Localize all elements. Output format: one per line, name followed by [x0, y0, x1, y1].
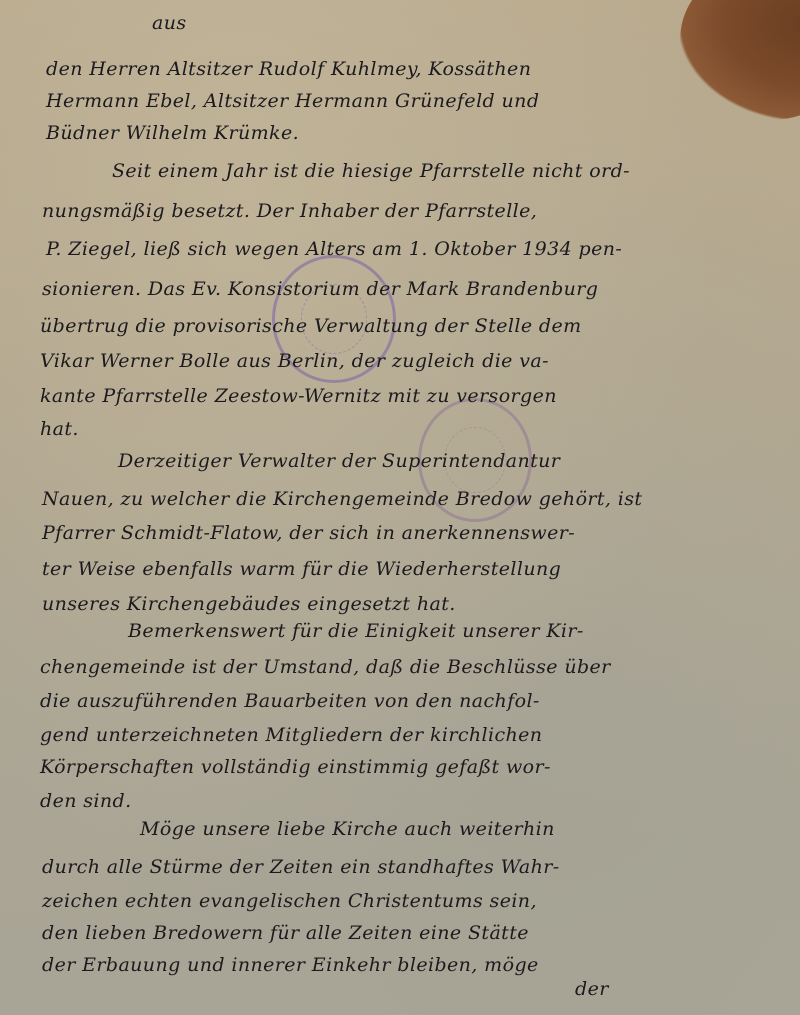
handwritten-line: den lieben Bredowern für alle Zeiten ein… — [42, 922, 529, 944]
handwritten-line: Körperschaften vollständig einstimmig ge… — [40, 756, 551, 778]
handwritten-line: Büdner Wilhelm Krümke. — [46, 122, 299, 144]
handwritten-line: den Herren Altsitzer Rudolf Kuhlmey, Kos… — [46, 58, 531, 80]
handwritten-line: der — [575, 978, 609, 1000]
handwritten-line: übertrug die provisorische Verwaltung de… — [40, 315, 582, 337]
handwritten-line: durch alle Stürme der Zeiten ein standha… — [42, 856, 560, 878]
handwritten-line: Seit einem Jahr ist die hiesige Pfarrste… — [112, 160, 630, 182]
handwritten-line: Nauen, zu welcher die Kirchengemeinde Br… — [42, 488, 642, 510]
handwritten-text-body: ausden Herren Altsitzer Rudolf Kuhlmey, … — [0, 0, 800, 1015]
handwritten-line: zeichen echten evangelischen Christentum… — [42, 890, 537, 912]
handwritten-line: P. Ziegel, ließ sich wegen Alters am 1. … — [46, 238, 622, 260]
handwritten-line: den sind. — [40, 790, 132, 812]
handwritten-line: Vikar Werner Bolle aus Berlin, der zugle… — [40, 350, 549, 372]
handwritten-line: die auszuführenden Bauarbeiten von den n… — [40, 690, 540, 712]
handwritten-line: Derzeitiger Verwalter der Superintendant… — [118, 450, 560, 472]
handwritten-line: Möge unsere liebe Kirche auch weiterhin — [140, 818, 555, 840]
handwritten-line: chengemeinde ist der Umstand, daß die Be… — [40, 656, 611, 678]
handwritten-line: kante Pfarrstelle Zeestow-Wernitz mit zu… — [40, 385, 557, 407]
handwritten-line: sionieren. Das Ev. Konsistorium der Mark… — [42, 278, 598, 300]
handwritten-line: gend unterzeichneten Mitgliedern der kir… — [40, 724, 542, 746]
handwritten-line: ter Weise ebenfalls warm für die Wiederh… — [42, 558, 561, 580]
handwritten-line: unseres Kirchengebäudes eingesetzt hat. — [42, 593, 456, 615]
handwritten-line: aus — [152, 12, 187, 34]
handwritten-line: nungsmäßig besetzt. Der Inhaber der Pfar… — [42, 200, 537, 222]
handwritten-line: Hermann Ebel, Altsitzer Hermann Grünefel… — [46, 90, 539, 112]
handwritten-line: Bemerkenswert für die Einigkeit unserer … — [128, 620, 584, 642]
handwritten-line: der Erbauung und innerer Einkehr bleiben… — [42, 954, 539, 976]
handwritten-line: Pfarrer Schmidt-Flatow, der sich in aner… — [42, 522, 575, 544]
handwritten-line: hat. — [40, 418, 79, 440]
